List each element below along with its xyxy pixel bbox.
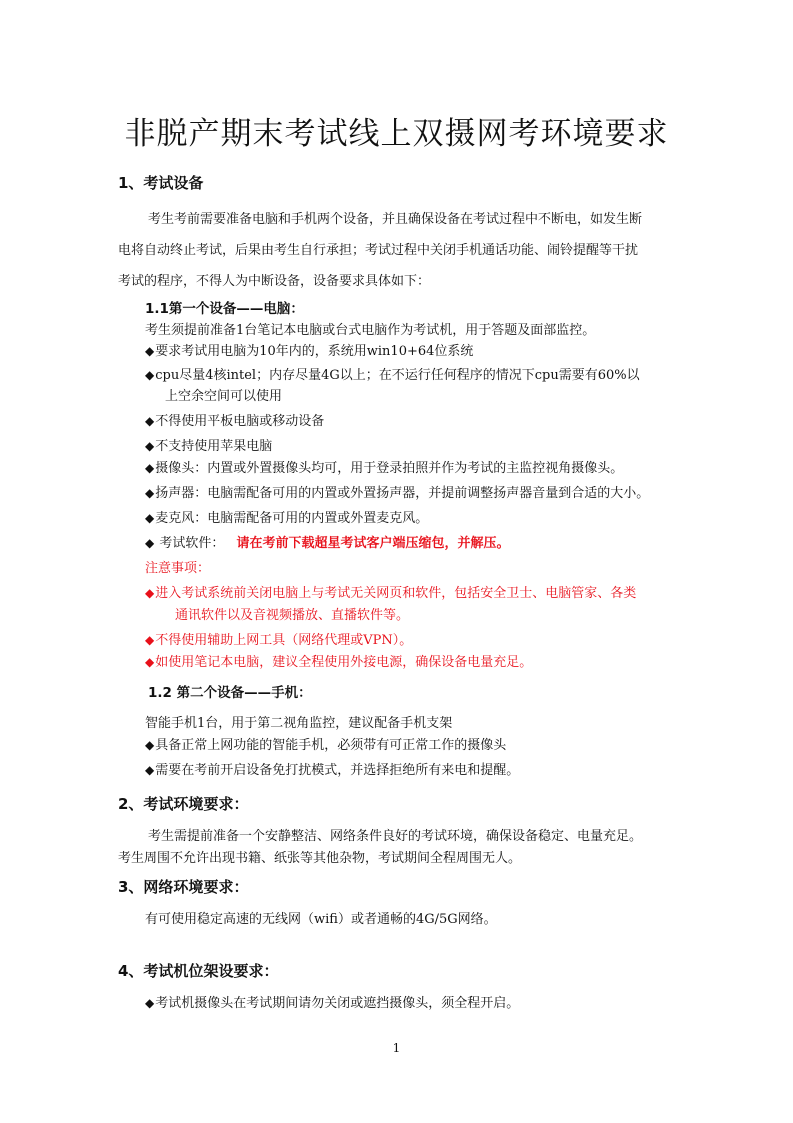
environment-line-1: 考生需提前准备一个安静整洁、网络条件良好的考试环境，确保设备稳定、电量充足。 xyxy=(148,825,642,844)
computer-req-cpu-cont: 上空余空间可以使用 xyxy=(165,385,282,404)
phone-req-camera: 具备正常上网功能的智能手机，必须带有可正常工作的摄像头 xyxy=(145,734,506,753)
section-3-heading: 3、网络环境要求： xyxy=(118,876,248,897)
phone-description: 智能手机1台，用于第二视角监控，建议配备手机支架 xyxy=(145,712,452,731)
section-2-heading: 2、考试环境要求： xyxy=(118,793,248,814)
section-4-heading: 4、考试机位架设要求： xyxy=(118,960,278,981)
section-1-intro-line-1: 考生考前需要准备电脑和手机两个设备，并且确保设备在考试过程中不断电，如发生断 xyxy=(148,208,642,227)
environment-line-2: 考生周围不允许出现书籍、纸张等其他杂物，考试期间全程周围无人。 xyxy=(118,847,521,866)
section-1-intro-line-3: 考试的程序，不得人为中断设备，设备要求具体如下： xyxy=(118,270,430,289)
phone-req-dnd: 需要在考前开启设备免打扰模式，并选择拒绝所有来电和提醒。 xyxy=(145,759,519,778)
subsection-1-1-heading: 1.1第一个设备——电脑： xyxy=(145,297,304,317)
computer-req-os: 要求考试用电脑为10年内的，系统用win10+64位系统 xyxy=(145,340,473,359)
computer-req-microphone: 麦克风：电脑需配备可用的内置或外置麦克风。 xyxy=(145,507,428,526)
subsection-1-2-heading: 1.2 第二个设备——手机： xyxy=(148,681,312,701)
note-no-vpn: 不得使用辅助上网工具（网络代理或VPN）。 xyxy=(145,629,412,648)
computer-description: 考生须提前准备1台笔记本电脑或台式电脑作为考试机，用于答题及面部监控。 xyxy=(145,319,595,338)
section-1-heading: 1、考试设备 xyxy=(118,172,203,193)
note-close-apps: 进入考试系统前关闭电脑上与考试无关网页和软件，包括安全卫士、电脑管家、各类 xyxy=(145,582,636,601)
page-number: 1 xyxy=(0,1041,793,1055)
software-instruction: 请在考前下载超星考试客户端压缩包，并解压。 xyxy=(237,536,510,551)
document-title: 非脱产期末考试线上双摄网考环境要求 xyxy=(0,108,793,153)
computer-req-software: 考试软件： 请在考前下载超星考试客户端压缩包，并解压。 xyxy=(145,532,510,551)
network-line: 有可使用稳定高速的无线网（wifi）或者通畅的4G/5G网络。 xyxy=(145,908,497,927)
note-power: 如使用笔记本电脑，建议全程使用外接电源，确保设备电量充足。 xyxy=(145,651,532,670)
note-close-apps-cont: 通讯软件以及音视频播放、直播软件等。 xyxy=(175,604,409,623)
computer-req-no-tablet: 不得使用平板电脑或移动设备 xyxy=(145,410,324,429)
notes-heading: 注意事项： xyxy=(145,557,210,576)
computer-req-speaker: 扬声器：电脑需配备可用的内置或外置扬声器，并提前调整扬声器音量到合适的大小。 xyxy=(145,482,649,501)
section-1-intro-line-2: 电将自动终止考试，后果由考生自行承担；考试过程中关闭手机通话功能、闹铃提醒等干扰 xyxy=(118,239,638,258)
computer-req-camera: 摄像头：内置或外置摄像头均可，用于登录拍照并作为考试的主监控视角摄像头。 xyxy=(145,457,623,476)
computer-req-cpu: cpu尽量4核intel；内存尽量4G以上；在不运行任何程序的情况下cpu需要有… xyxy=(145,364,640,383)
software-label: 考试软件： xyxy=(159,536,224,551)
camera-setup-bullet: 考试机摄像头在考试期间请勿关闭或遮挡摄像头，须全程开启。 xyxy=(145,992,519,1011)
computer-req-no-apple: 不支持使用苹果电脑 xyxy=(145,435,272,454)
